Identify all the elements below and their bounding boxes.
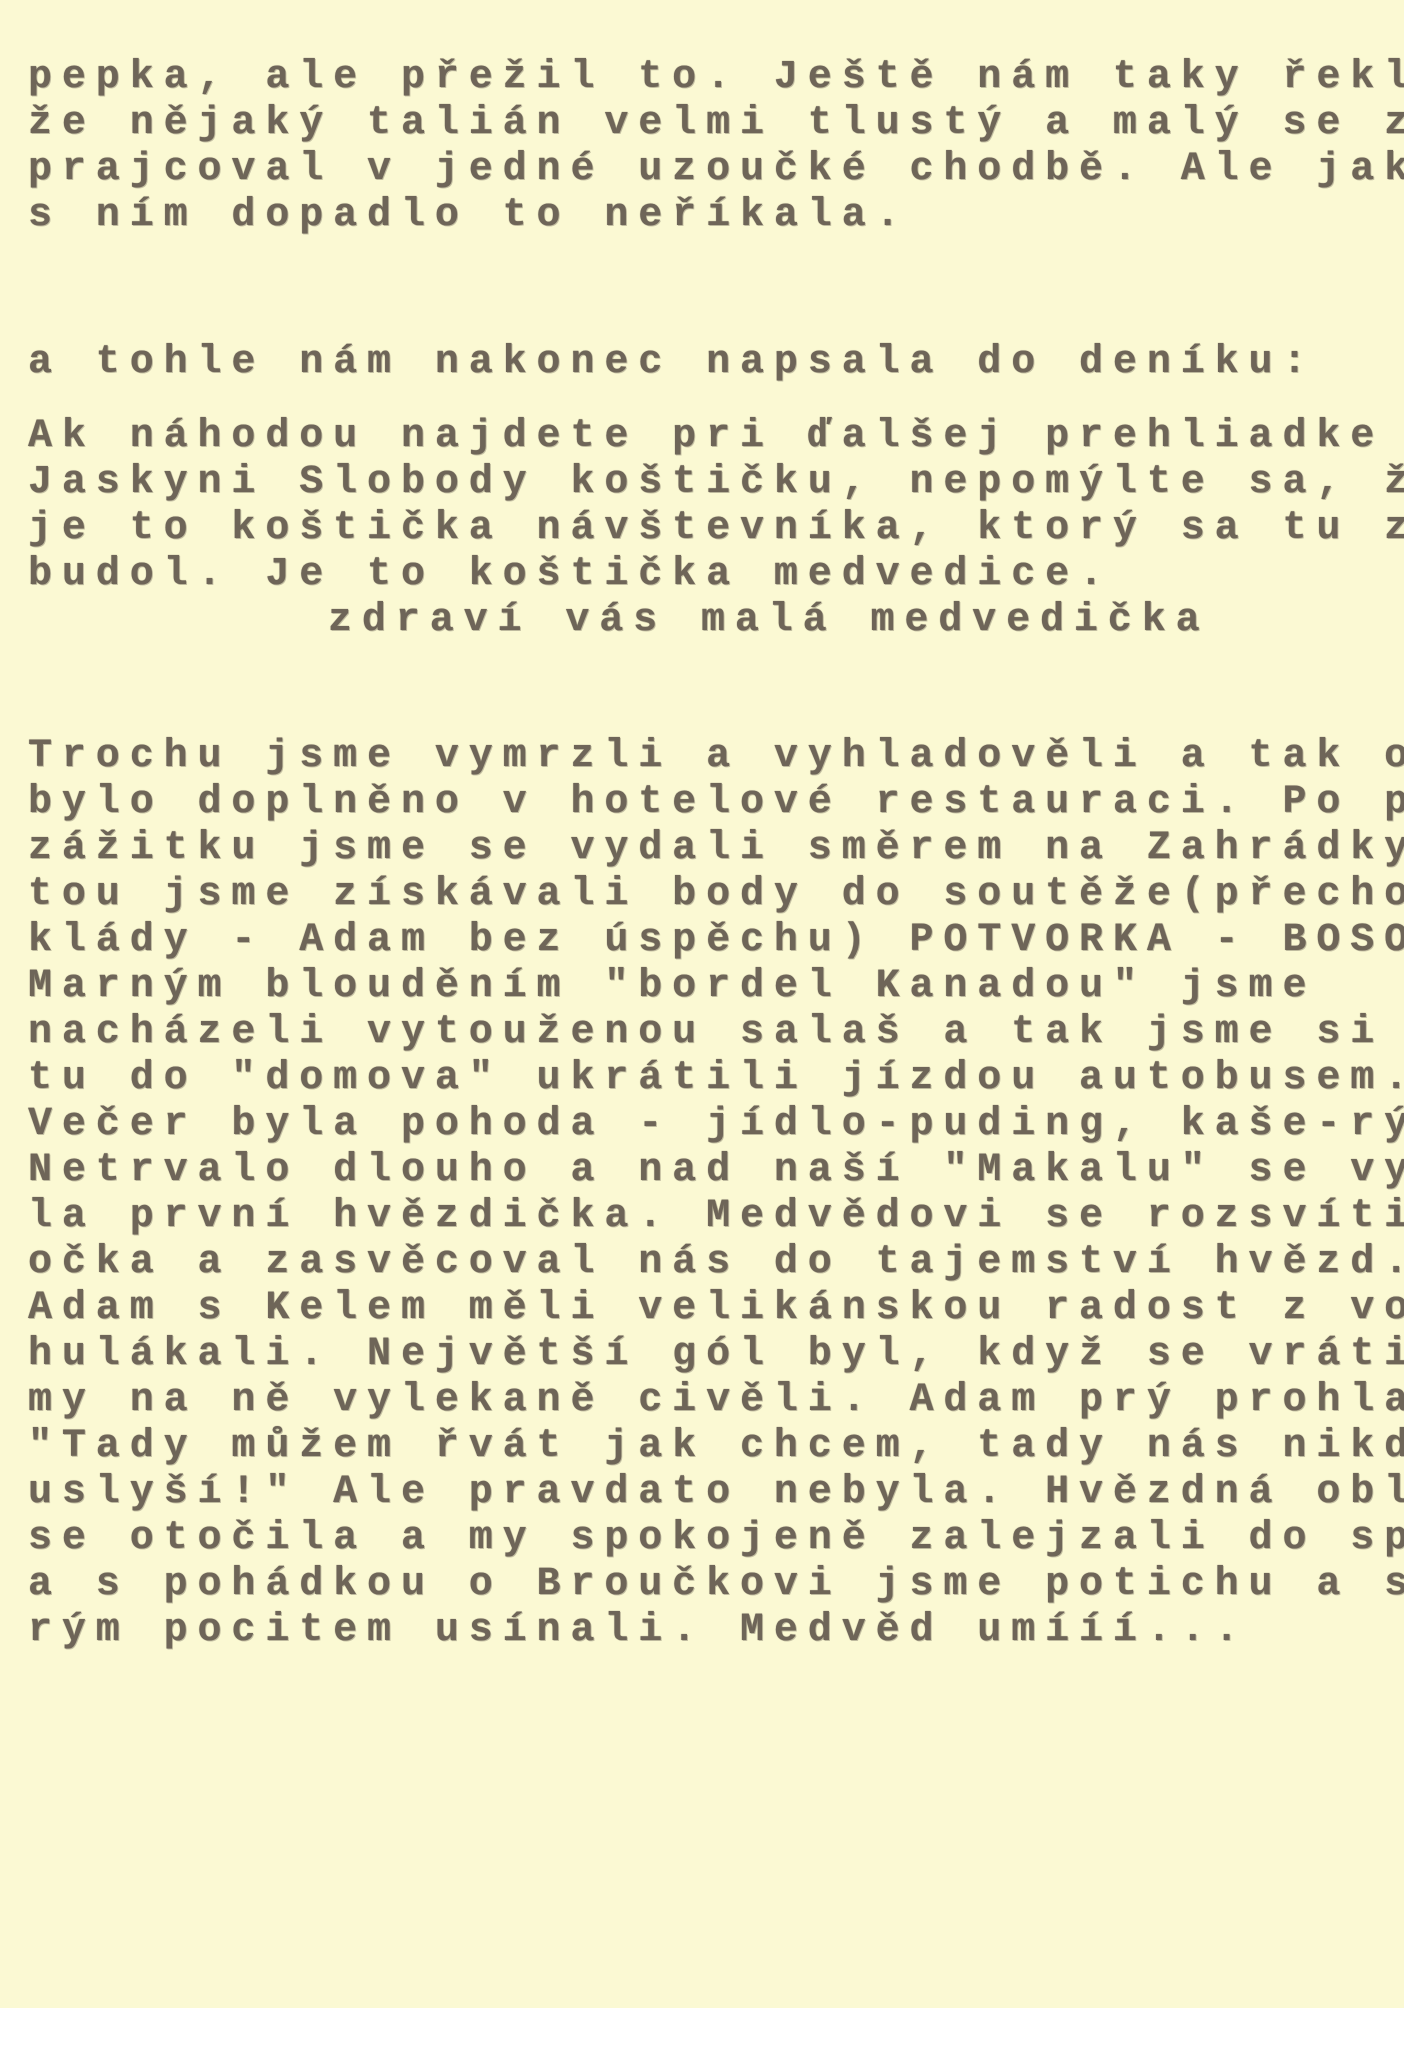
paragraph-1-line: prajcoval v jedné uzoučké chodbě. Ale ja… xyxy=(28,147,1404,193)
paragraph-2-line: my na ně vylekaně civěli. Adam prý prohl… xyxy=(28,1378,1404,1424)
paragraph-2-line: očka a zasvěcoval nás do tajemství hvězd… xyxy=(28,1240,1404,1286)
paragraph-2-line: hulákali. Největší gól byl, když se vrát… xyxy=(28,1332,1404,1378)
paragraph-1-line: pepka, ale přežil to. Ještě nám taky řek… xyxy=(28,55,1404,101)
typewritten-page: pepka, ale přežil to. Ještě nám taky řek… xyxy=(0,0,1404,2008)
diary-intro-line: a tohle nám nakonec napsala do deníku: xyxy=(28,340,1316,386)
paragraph-2-line: a s pohádkou o Broučkovi jsme potichu a … xyxy=(28,1562,1404,1608)
diary-entry-line: budol. Je to koštička medvedice. xyxy=(28,552,1113,598)
paragraph-2-line: Netrvalo dlouho a nad naší "Makalu" se v… xyxy=(28,1148,1404,1194)
page-text: pepka, ale přežil to. Ještě nám taky řek… xyxy=(28,0,1398,1575)
paragraph-2-line: uslyší!" Ale pravdato nebyla. Hvězdná ob… xyxy=(28,1470,1404,1516)
paragraph-2-line: Trochu jsme vymrzli a vyhladověli a tak … xyxy=(28,734,1404,780)
paragraph-2-line: bylo doplněno v hotelové restauraci. Po … xyxy=(28,780,1404,826)
paragraph-2-line: la první hvězdička. Medvědovi se rozsvít… xyxy=(28,1194,1404,1240)
paragraph-2-line: "Tady můžem řvát jak chcem, tady nás nik… xyxy=(28,1424,1404,1470)
paragraph-2-line: zážitku jsme se vydali směrem na Zahrádk… xyxy=(28,826,1404,872)
diary-entry-line: Ak náhodou najdete pri ďalšej prehliadke… xyxy=(28,414,1404,460)
paragraph-2-line: se otočila a my spokojeně zalejzali do s… xyxy=(28,1516,1404,1562)
paragraph-2-line: Večer byla pohoda - jídlo-puding, kaše-r… xyxy=(28,1102,1404,1148)
diary-entry-line: Jaskyni Slobody koštičku, nepomýlte sa, … xyxy=(28,460,1404,506)
diary-entry-line: je to koštička návštevníka, ktorý sa tu … xyxy=(28,506,1404,552)
paragraph-2-line: nacházeli vytouženou salaš a tak jsme si… xyxy=(28,1010,1404,1056)
paragraph-2-line: tu do "domova" ukrátili jízdou autobusem… xyxy=(28,1056,1404,1102)
paragraph-2-line: tou jsme získávali body do soutěže(přech… xyxy=(28,872,1404,918)
paragraph-2-line: rým pocitem usínali. Medvěd umííí... xyxy=(28,1608,1249,1654)
paragraph-1-line: že nějaký talián velmi tlustý a malý se … xyxy=(28,101,1404,147)
diary-signature: zdraví vás malá medvedička xyxy=(328,598,1210,644)
paragraph-2-line: Marným blouděním "bordel Kanadou" jsme n… xyxy=(28,964,1404,1010)
paragraph-2-line: klády - Adam bez úspěchu) POTVORKA - BOS… xyxy=(28,918,1404,964)
paragraph-2-line: Adam s Kelem měli velikánskou radost z v… xyxy=(28,1286,1404,1332)
paragraph-1-line: s ním dopadlo to neříkala. xyxy=(28,193,910,239)
